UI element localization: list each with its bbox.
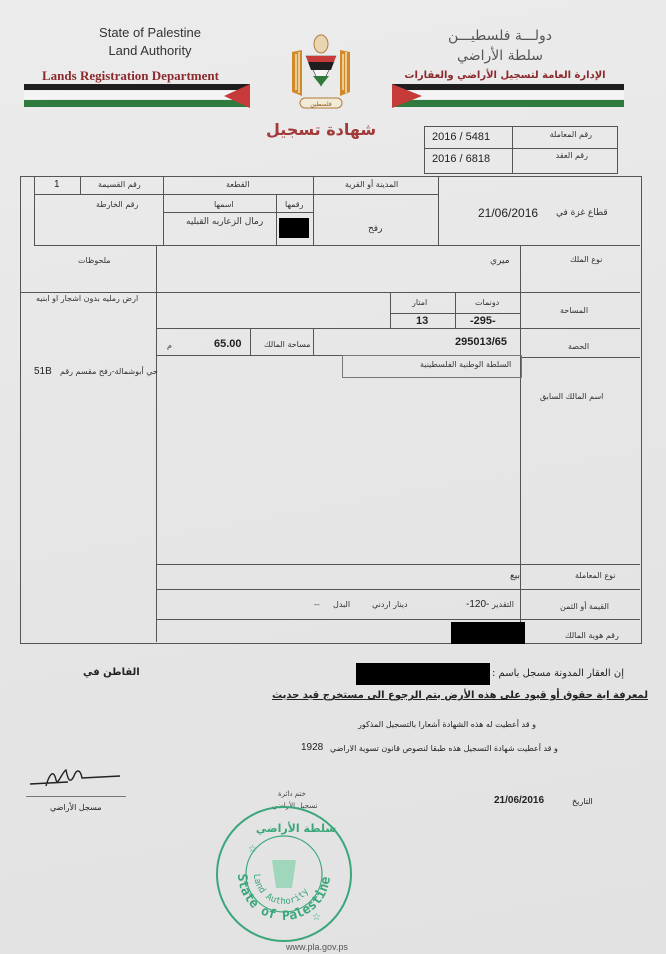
lot-code: 51B — [34, 366, 52, 377]
contract-number-label: رقم العقد — [556, 151, 588, 160]
transaction-type-label: نوع المعاملة — [575, 571, 615, 580]
state-name-ar: دولـــة فلسطيـــن — [420, 26, 580, 46]
city-label: المدينة أو القرية — [345, 180, 398, 189]
resident-in-label: القاطن في — [83, 667, 140, 678]
meters-value: 13 — [416, 315, 428, 327]
previous-owner-label: اسم المالك السابق — [540, 392, 603, 401]
law-year: 1928 — [301, 742, 323, 753]
registered-to-text: إن العقار المدونة مسجل باسم : — [492, 668, 624, 679]
city-value: رفح — [368, 224, 382, 234]
consideration-label: البدل — [333, 600, 350, 609]
neighborhood: حي أبوشمالة-رفح مقسم رقم — [60, 367, 158, 376]
footer-date-label: التاريخ — [572, 797, 593, 806]
dunams-label: دونمات — [475, 298, 499, 307]
owner-area-value: 65.00 — [214, 338, 242, 350]
owner-id-label: رقم هوية المالك — [565, 631, 619, 640]
estimate-value: -120- — [466, 599, 489, 610]
share-label: الحصة — [568, 342, 589, 351]
issue-date: 21/06/2016 — [478, 206, 538, 220]
parcel-name-label: اسمها — [214, 200, 234, 209]
flag-banner-left — [24, 84, 250, 108]
value-label: القيمة أو الثمن — [560, 602, 609, 611]
registrar-signature — [28, 762, 128, 792]
seal-label-1: ختم دائرة — [278, 790, 306, 798]
website-link[interactable]: www.pla.gov.ps — [286, 942, 348, 952]
sector-label: قطاع غزة في — [556, 208, 608, 218]
parcel-number-label: رقمها — [285, 200, 303, 209]
header-ar: دولـــة فلسطيـــن سلطة الأراضي — [420, 26, 580, 66]
department-name-ar: الإدارة العامة لتسجيل الأراضي والعقارات — [400, 70, 610, 81]
owner-area-unit: م — [167, 341, 172, 350]
share-value: 295013/65 — [455, 336, 507, 348]
ownership-type: ميري — [490, 256, 510, 266]
plot-number: 1 — [54, 179, 60, 190]
main-table — [20, 176, 642, 644]
notes-value: ارض رمليه بدون اشجار او ابنيه — [36, 294, 138, 303]
consideration-value: -- — [314, 600, 320, 609]
meters-label: امتار — [412, 298, 427, 307]
header-en: State of Palestine Land Authority — [50, 24, 250, 60]
svg-text:سلطة الأراضي: سلطة الأراضي — [256, 821, 336, 835]
transaction-type: بيع — [510, 571, 520, 581]
owner-id-redacted — [451, 622, 525, 644]
flag-banner-right — [392, 84, 624, 108]
contract-number: 2016 / 6818 — [432, 153, 490, 165]
estimate-label: التقدير — [492, 600, 514, 609]
registration-certificate: State of Palestine Land Authority Lands … — [0, 0, 666, 954]
registrar-label: مسجل الأراضي — [50, 803, 102, 812]
owner-name-redacted — [356, 663, 490, 685]
authority-name-en: Land Authority — [50, 42, 250, 60]
map-number-label: رقم الخارطة — [96, 200, 138, 209]
rights-notice: لمعرفة اية حقوق أو قيود على هذه الأرض يت… — [272, 690, 648, 701]
area-label: المساحة — [560, 306, 588, 315]
state-name-en: State of Palestine — [50, 24, 250, 42]
svg-text:☆: ☆ — [312, 912, 321, 923]
footer-date: 21/06/2016 — [494, 795, 544, 806]
previous-owner: السلطة الوطنية الفلسطينية — [420, 360, 511, 369]
department-name-en: Lands Registration Department — [42, 68, 219, 84]
land-authority-stamp: State of Palestine Land Authority سلطة ا… — [216, 806, 352, 942]
svg-text:فلسطين: فلسطين — [310, 101, 332, 108]
transaction-number-label: رقم المعاملة — [550, 130, 592, 139]
ownership-type-label: نوع الملك — [570, 255, 602, 264]
owner-area-label: مساحة المالك — [264, 340, 311, 349]
parcel-name: رمال الزعاربه القبليه — [186, 217, 263, 227]
dunams-value: -295- — [470, 315, 496, 327]
parcel-label: القطعة — [226, 180, 249, 189]
statement-line-2: و قد أعطيت شهادة التسجيل هذه طبقا لنصوص … — [330, 744, 558, 753]
notes-label: ملحوظات — [78, 256, 111, 265]
currency: دينار اردني — [372, 600, 408, 609]
authority-name-ar: سلطة الأراضي — [420, 46, 580, 66]
certificate-title: شهادة تسجيل — [266, 120, 376, 139]
parcel-number-redacted — [279, 218, 309, 238]
plot-number-label: رقم القسيمة — [98, 180, 141, 189]
palestine-eagle-emblem-icon: فلسطين — [286, 30, 356, 114]
transaction-number: 2016 / 5481 — [432, 131, 490, 143]
statement-line-1: و قد أعطيت له هذه الشهادة أشعارا بالتسجي… — [358, 720, 536, 729]
svg-text:☆: ☆ — [248, 844, 257, 855]
